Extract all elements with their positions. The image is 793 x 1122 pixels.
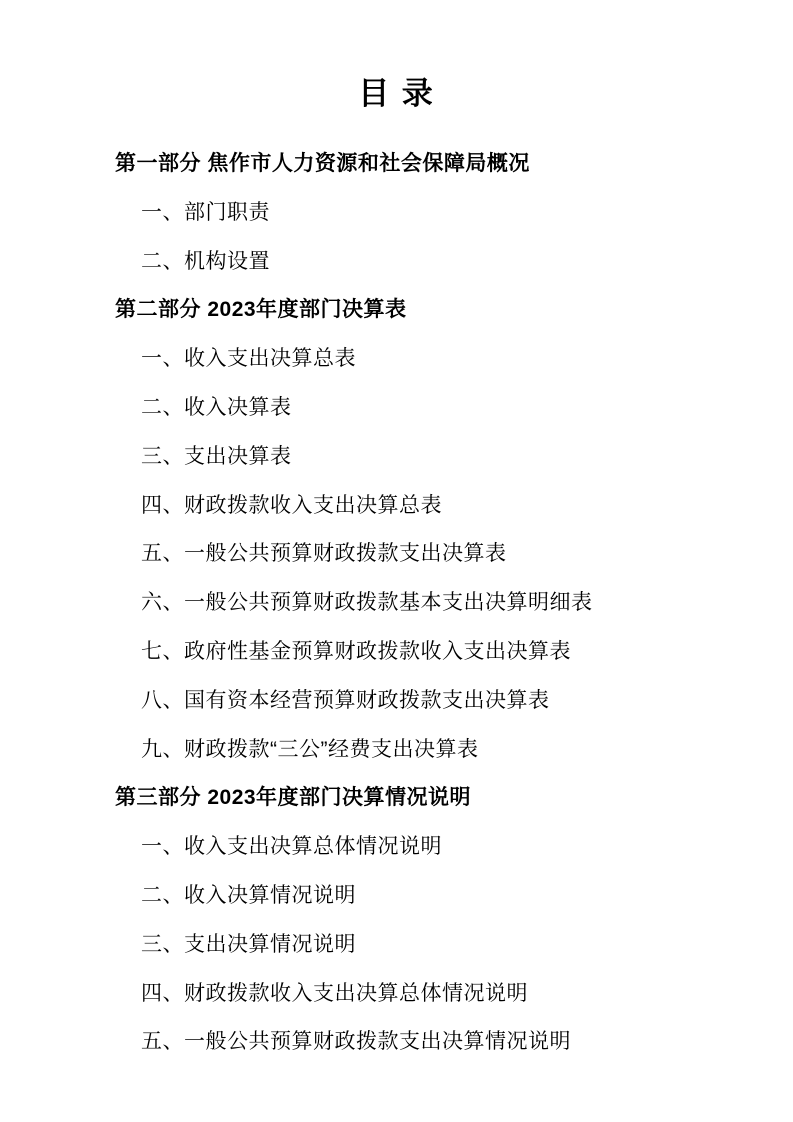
page-title: 目 录 [0,0,793,112]
toc-item: 二、收入决算表 [0,382,793,431]
toc-item: 四、财政拨款收入支出决算总体情况说明 [0,967,793,1016]
toc-item: 一、收入支出决算总表 [0,333,793,382]
toc-item: 七、政府性基金预算财政拨款收入支出决算表 [0,626,793,675]
toc-item: 一、收入支出决算总体情况说明 [0,821,793,870]
document-page: 目 录 第一部分 焦作市人力资源和社会保障局概况 一、部门职责 二、机构设置 第… [0,0,793,1122]
table-of-contents: 第一部分 焦作市人力资源和社会保障局概况 一、部门职责 二、机构设置 第二部分 … [0,138,793,1065]
toc-item: 三、支出决算情况说明 [0,918,793,967]
toc-item: 九、财政拨款“三公”经费支出决算表 [0,723,793,772]
section-heading-part3: 第三部分 2023年度部门决算情况说明 [0,772,793,821]
toc-item: 四、财政拨款收入支出决算总表 [0,479,793,528]
toc-item: 五、一般公共预算财政拨款支出决算表 [0,528,793,577]
toc-item: 五、一般公共预算财政拨款支出决算情况说明 [0,1016,793,1065]
toc-item: 三、支出决算表 [0,430,793,479]
section-heading-part2: 第二部分 2023年度部门决算表 [0,284,793,333]
section-heading-part1: 第一部分 焦作市人力资源和社会保障局概况 [0,138,793,187]
toc-item: 六、一般公共预算财政拨款基本支出决算明细表 [0,577,793,626]
toc-item: 一、部门职责 [0,186,793,235]
toc-item: 八、国有资本经营预算财政拨款支出决算表 [0,674,793,723]
toc-item: 二、机构设置 [0,235,793,284]
toc-item: 二、收入决算情况说明 [0,870,793,919]
